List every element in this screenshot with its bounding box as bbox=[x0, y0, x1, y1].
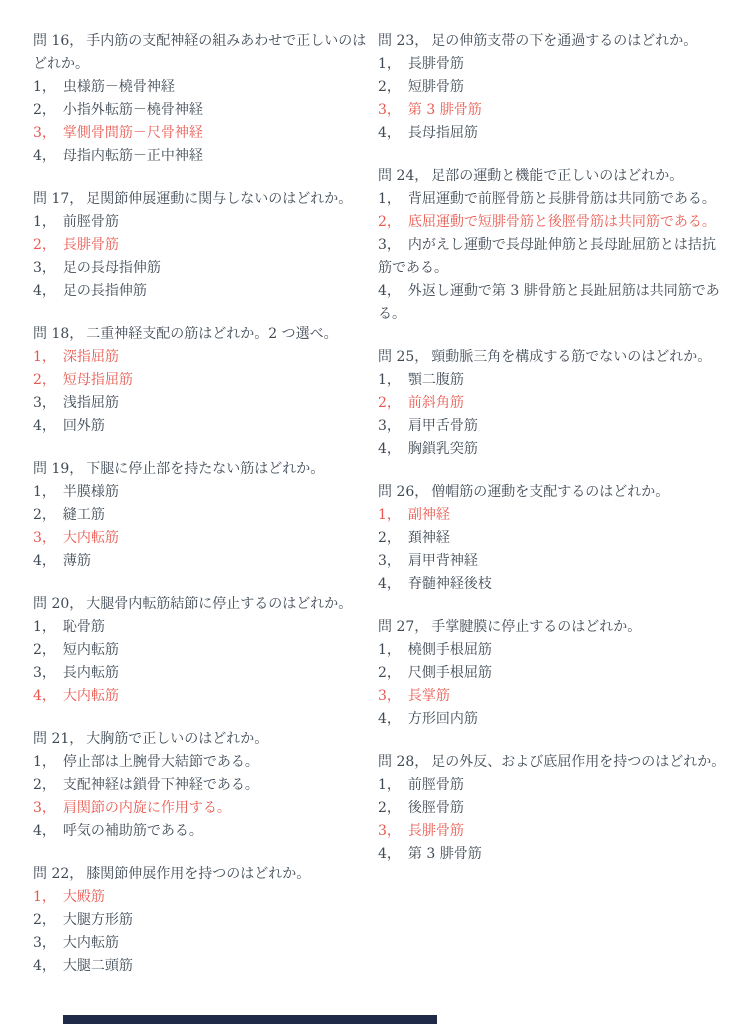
question-block: 問 21，大胸筋で正しいのはどれか。1，停止部は上腕骨大結節である。2，支配神経… bbox=[33, 728, 374, 843]
option-text: 前脛骨筋 bbox=[63, 214, 119, 230]
option-number: 2， bbox=[378, 79, 401, 95]
answer-option: 3，肩甲背神経 bbox=[378, 550, 728, 573]
answer-option: 1，前脛骨筋 bbox=[378, 774, 728, 797]
option-text: 支配神経は鎖骨下神経である。 bbox=[63, 777, 259, 793]
answer-option-correct: 1，深指屈筋 bbox=[33, 346, 374, 369]
question-title: 手掌腱膜に停止するのはどれか。 bbox=[431, 619, 641, 635]
answer-option: 4，胸鎖乳突筋 bbox=[378, 438, 728, 461]
option-number: 1， bbox=[33, 214, 56, 230]
option-text: 長腓骨筋 bbox=[63, 237, 119, 253]
option-number: 3， bbox=[378, 553, 401, 569]
option-number: 4， bbox=[33, 553, 56, 569]
option-number: 2， bbox=[378, 395, 401, 411]
option-text: 外返し運動で第 3 腓骨筋と長趾屈筋は共同筋である。 bbox=[378, 283, 720, 322]
question-number: 問 25， bbox=[378, 349, 428, 365]
answer-option: 3，長内転筋 bbox=[33, 662, 374, 685]
option-text: 大内転筋 bbox=[63, 935, 119, 951]
answer-option: 4，長母指屈筋 bbox=[378, 122, 728, 145]
answer-option: 2，短腓骨筋 bbox=[378, 76, 728, 99]
option-number: 3， bbox=[378, 688, 401, 704]
question-block: 問 25，頸動脈三角を構成する筋でないのはどれか。1，顎二腹筋2，前斜角筋3，肩… bbox=[378, 346, 728, 461]
option-number: 1， bbox=[378, 777, 401, 793]
option-text: 顎二腹筋 bbox=[408, 372, 464, 388]
question-block: 問 19，下腿に停止部を持たない筋はどれか。1，半膜様筋2，縫工筋3，大内転筋4… bbox=[33, 458, 374, 573]
option-number: 4， bbox=[378, 441, 401, 457]
answer-option-correct: 1，大殿筋 bbox=[33, 886, 374, 909]
answer-option: 3，浅指屈筋 bbox=[33, 392, 374, 415]
question-number: 問 17， bbox=[33, 191, 83, 207]
question-text: 問 16，手内筋の支配神経の組みあわせで正しいのはどれか。 bbox=[33, 30, 374, 76]
option-number: 3， bbox=[33, 935, 56, 951]
option-text: 恥骨筋 bbox=[63, 619, 105, 635]
option-number: 3， bbox=[378, 102, 401, 118]
option-number: 3， bbox=[33, 530, 56, 546]
option-number: 1， bbox=[33, 484, 56, 500]
option-number: 1， bbox=[33, 79, 56, 95]
option-text: 副神経 bbox=[408, 507, 450, 523]
answer-option-correct: 3，長掌筋 bbox=[378, 685, 728, 708]
answer-option: 2，尺側手根屈筋 bbox=[378, 662, 728, 685]
option-number: 1， bbox=[33, 619, 56, 635]
option-number: 4， bbox=[33, 823, 56, 839]
question-title: 膝関節伸展作用を持つのはどれか。 bbox=[86, 866, 310, 882]
option-text: 頚神経 bbox=[408, 530, 450, 546]
answer-option: 4，母指内転筋－正中神経 bbox=[33, 145, 374, 168]
option-text: 方形回内筋 bbox=[408, 711, 478, 727]
question-block: 問 17，足関節伸展運動に関与しないのはどれか。1，前脛骨筋2，長腓骨筋3，足の… bbox=[33, 188, 374, 303]
answer-option: 2，後脛骨筋 bbox=[378, 797, 728, 820]
option-number: 3， bbox=[378, 418, 401, 434]
option-number: 2， bbox=[378, 214, 401, 230]
answer-option: 1，半膜様筋 bbox=[33, 481, 374, 504]
question-text: 問 27，手掌腱膜に停止するのはどれか。 bbox=[378, 616, 728, 639]
question-block: 問 28，足の外反、および底屈作用を持つのはどれか。1，前脛骨筋2，後脛骨筋3，… bbox=[378, 751, 728, 866]
question-title: 大腿骨内転筋結節に停止するのはどれか。 bbox=[86, 596, 352, 612]
next-page-top-edge-bar bbox=[63, 1015, 437, 1024]
answer-option: 4，脊髄神経後枝 bbox=[378, 573, 728, 596]
answer-option-correct: 3，第 3 腓骨筋 bbox=[378, 99, 728, 122]
question-title: 足関節伸展運動に関与しないのはどれか。 bbox=[86, 191, 352, 207]
answer-option-correct: 2，前斜角筋 bbox=[378, 392, 728, 415]
option-number: 2， bbox=[378, 530, 401, 546]
answer-option: 3，肩甲舌骨筋 bbox=[378, 415, 728, 438]
question-number: 問 21， bbox=[33, 731, 83, 747]
option-text: 長腓骨筋 bbox=[408, 823, 464, 839]
answer-option-correct: 4，大内転筋 bbox=[33, 685, 374, 708]
question-text: 問 19，下腿に停止部を持たない筋はどれか。 bbox=[33, 458, 374, 481]
answer-option: 4，第 3 腓骨筋 bbox=[378, 843, 728, 866]
option-number: 1， bbox=[378, 372, 401, 388]
option-number: 3， bbox=[33, 800, 56, 816]
answer-option: 1，虫様筋－橈骨神経 bbox=[33, 76, 374, 99]
option-text: 掌側骨間筋－尺骨神経 bbox=[63, 125, 203, 141]
answer-option: 4，大腿二頭筋 bbox=[33, 955, 374, 978]
option-number: 1， bbox=[378, 642, 401, 658]
question-block: 問 26，僧帽筋の運動を支配するのはどれか。1，副神経2，頚神経3，肩甲背神経4… bbox=[378, 481, 728, 596]
option-number: 1， bbox=[378, 191, 401, 207]
option-number: 2， bbox=[378, 665, 401, 681]
answer-option: 4，方形回内筋 bbox=[378, 708, 728, 731]
option-text: 肩甲背神経 bbox=[408, 553, 478, 569]
option-text: 大腿方形筋 bbox=[63, 912, 133, 928]
question-text: 問 17，足関節伸展運動に関与しないのはどれか。 bbox=[33, 188, 374, 211]
answer-option: 2，小指外転筋－橈骨神経 bbox=[33, 99, 374, 122]
answer-option-correct: 1，副神経 bbox=[378, 504, 728, 527]
option-number: 3， bbox=[33, 395, 56, 411]
question-title: 足の外反、および底屈作用を持つのはどれか。 bbox=[431, 754, 725, 770]
option-text: 尺側手根屈筋 bbox=[408, 665, 492, 681]
question-block: 問 20，大腿骨内転筋結節に停止するのはどれか。1，恥骨筋2，短内転筋3，長内転… bbox=[33, 593, 374, 708]
option-text: 呼気の補助筋である。 bbox=[63, 823, 203, 839]
option-text: 背屈運動で前脛骨筋と長腓骨筋は共同筋である。 bbox=[408, 191, 716, 207]
answer-option-correct: 3，掌側骨間筋－尺骨神経 bbox=[33, 122, 374, 145]
answer-option-correct: 3，長腓骨筋 bbox=[378, 820, 728, 843]
option-number: 2， bbox=[33, 912, 56, 928]
option-number: 2， bbox=[33, 102, 56, 118]
question-number: 問 27， bbox=[378, 619, 428, 635]
option-text: 大内転筋 bbox=[63, 688, 119, 704]
option-text: 薄筋 bbox=[63, 553, 91, 569]
option-number: 4， bbox=[378, 846, 401, 862]
answer-option-correct: 2，底屈運動で短腓骨筋と後脛骨筋は共同筋である。 bbox=[378, 211, 728, 234]
answer-option: 1，長腓骨筋 bbox=[378, 53, 728, 76]
question-block: 問 18，二重神経支配の筋はどれか。2 つ選べ。1，深指屈筋2，短母指屈筋3，浅… bbox=[33, 323, 374, 438]
answer-option: 4，回外筋 bbox=[33, 415, 374, 438]
answer-option: 2，短内転筋 bbox=[33, 639, 374, 662]
option-number: 2， bbox=[33, 237, 56, 253]
option-number: 4， bbox=[33, 283, 56, 299]
option-number: 1， bbox=[378, 56, 401, 72]
option-text: 底屈運動で短腓骨筋と後脛骨筋は共同筋である。 bbox=[408, 214, 716, 230]
answer-option-correct: 2，短母指屈筋 bbox=[33, 369, 374, 392]
answer-option: 2，縫工筋 bbox=[33, 504, 374, 527]
option-text: 内がえし運動で長母趾伸筋と長母趾屈筋とは拮抗筋である。 bbox=[378, 237, 716, 276]
question-text: 問 18，二重神経支配の筋はどれか。2 つ選べ。 bbox=[33, 323, 374, 346]
question-number: 問 24， bbox=[378, 168, 428, 184]
option-text: 肩関節の内旋に作用する。 bbox=[63, 800, 231, 816]
answer-option: 2，支配神経は鎖骨下神経である。 bbox=[33, 774, 374, 797]
option-text: 回外筋 bbox=[63, 418, 105, 434]
answer-option-correct: 2，長腓骨筋 bbox=[33, 234, 374, 257]
question-text: 問 22，膝関節伸展作用を持つのはどれか。 bbox=[33, 863, 374, 886]
question-block: 問 16，手内筋の支配神経の組みあわせで正しいのはどれか。1，虫様筋－橈骨神経2… bbox=[33, 30, 374, 168]
option-text: 長母指屈筋 bbox=[408, 125, 478, 141]
question-text: 問 20，大腿骨内転筋結節に停止するのはどれか。 bbox=[33, 593, 374, 616]
option-text: 第 3 腓骨筋 bbox=[408, 846, 482, 862]
question-column-left: 問 16，手内筋の支配神経の組みあわせで正しいのはどれか。1，虫様筋－橈骨神経2… bbox=[33, 30, 374, 998]
option-number: 3， bbox=[378, 237, 401, 253]
option-text: 大内転筋 bbox=[63, 530, 119, 546]
option-number: 1， bbox=[33, 754, 56, 770]
option-text: 縫工筋 bbox=[63, 507, 105, 523]
option-text: 前脛骨筋 bbox=[408, 777, 464, 793]
option-text: 第 3 腓骨筋 bbox=[408, 102, 482, 118]
question-block: 問 23，足の伸筋支帯の下を通過するのはどれか。1，長腓骨筋2，短腓骨筋3，第 … bbox=[378, 30, 728, 145]
answer-option: 4，呼気の補助筋である。 bbox=[33, 820, 374, 843]
option-number: 4， bbox=[33, 958, 56, 974]
option-text: 長内転筋 bbox=[63, 665, 119, 681]
option-text: 浅指屈筋 bbox=[63, 395, 119, 411]
question-number: 問 23， bbox=[378, 33, 428, 49]
answer-option: 1，前脛骨筋 bbox=[33, 211, 374, 234]
answer-option: 1，停止部は上腕骨大結節である。 bbox=[33, 751, 374, 774]
question-block: 問 27，手掌腱膜に停止するのはどれか。1，橈側手根屈筋2，尺側手根屈筋3，長掌… bbox=[378, 616, 728, 731]
answer-option-correct: 3，肩関節の内旋に作用する。 bbox=[33, 797, 374, 820]
option-text: 前斜角筋 bbox=[408, 395, 464, 411]
option-number: 3， bbox=[33, 260, 56, 276]
answer-option: 3，内がえし運動で長母趾伸筋と長母趾屈筋とは拮抗筋である。 bbox=[378, 234, 728, 280]
option-number: 3， bbox=[378, 823, 401, 839]
exam-page: 問 16，手内筋の支配神経の組みあわせで正しいのはどれか。1，虫様筋－橈骨神経2… bbox=[0, 0, 731, 1024]
answer-option: 2，大腿方形筋 bbox=[33, 909, 374, 932]
question-title: 足部の運動と機能で正しいのはどれか。 bbox=[431, 168, 683, 184]
option-number: 4， bbox=[378, 576, 401, 592]
question-number: 問 28， bbox=[378, 754, 428, 770]
option-text: 肩甲舌骨筋 bbox=[408, 418, 478, 434]
option-text: 短内転筋 bbox=[63, 642, 119, 658]
answer-option: 3，足の長母指伸筋 bbox=[33, 257, 374, 280]
option-text: 短腓骨筋 bbox=[408, 79, 464, 95]
option-text: 長腓骨筋 bbox=[408, 56, 464, 72]
question-title: 僧帽筋の運動を支配するのはどれか。 bbox=[431, 484, 669, 500]
option-number: 4， bbox=[33, 418, 56, 434]
question-text: 問 24，足部の運動と機能で正しいのはどれか。 bbox=[378, 165, 728, 188]
question-title: 頸動脈三角を構成する筋でないのはどれか。 bbox=[431, 349, 711, 365]
question-title: 下腿に停止部を持たない筋はどれか。 bbox=[86, 461, 324, 477]
option-number: 4， bbox=[33, 688, 56, 704]
answer-option-correct: 3，大内転筋 bbox=[33, 527, 374, 550]
question-number: 問 16， bbox=[33, 33, 83, 49]
question-title: 大胸筋で正しいのはどれか。 bbox=[86, 731, 268, 747]
question-block: 問 22，膝関節伸展作用を持つのはどれか。1，大殿筋2，大腿方形筋3，大内転筋4… bbox=[33, 863, 374, 978]
option-text: 短母指屈筋 bbox=[63, 372, 133, 388]
question-text: 問 23，足の伸筋支帯の下を通過するのはどれか。 bbox=[378, 30, 728, 53]
option-number: 4， bbox=[378, 125, 401, 141]
option-text: 胸鎖乳突筋 bbox=[408, 441, 478, 457]
option-text: 足の長母指伸筋 bbox=[63, 260, 161, 276]
question-text: 問 25，頸動脈三角を構成する筋でないのはどれか。 bbox=[378, 346, 728, 369]
option-text: 橈側手根屈筋 bbox=[408, 642, 492, 658]
question-title: 二重神経支配の筋はどれか。2 つ選べ。 bbox=[86, 326, 337, 342]
option-number: 2， bbox=[33, 372, 56, 388]
option-text: 小指外転筋－橈骨神経 bbox=[63, 102, 203, 118]
option-text: 虫様筋－橈骨神経 bbox=[63, 79, 175, 95]
option-number: 2， bbox=[33, 507, 56, 523]
question-number: 問 19， bbox=[33, 461, 83, 477]
question-number: 問 20， bbox=[33, 596, 83, 612]
option-number: 4， bbox=[378, 711, 401, 727]
question-block: 問 24，足部の運動と機能で正しいのはどれか。1，背屈運動で前脛骨筋と長腓骨筋は… bbox=[378, 165, 728, 326]
option-text: 長掌筋 bbox=[408, 688, 450, 704]
option-text: 後脛骨筋 bbox=[408, 800, 464, 816]
option-number: 2， bbox=[378, 800, 401, 816]
option-text: 母指内転筋－正中神経 bbox=[63, 148, 203, 164]
question-text: 問 28，足の外反、および底屈作用を持つのはどれか。 bbox=[378, 751, 728, 774]
option-number: 3， bbox=[33, 125, 56, 141]
option-number: 4， bbox=[33, 148, 56, 164]
question-number: 問 26， bbox=[378, 484, 428, 500]
option-number: 1， bbox=[33, 349, 56, 365]
answer-option: 4，外返し運動で第 3 腓骨筋と長趾屈筋は共同筋である。 bbox=[378, 280, 728, 326]
option-number: 1， bbox=[378, 507, 401, 523]
option-text: 深指屈筋 bbox=[63, 349, 119, 365]
option-number: 2， bbox=[33, 777, 56, 793]
option-text: 停止部は上腕骨大結節である。 bbox=[63, 754, 259, 770]
option-text: 大殿筋 bbox=[63, 889, 105, 905]
answer-option: 1，顎二腹筋 bbox=[378, 369, 728, 392]
option-number: 3， bbox=[33, 665, 56, 681]
answer-option: 1，橈側手根屈筋 bbox=[378, 639, 728, 662]
option-text: 足の長指伸筋 bbox=[63, 283, 147, 299]
answer-option: 3，大内転筋 bbox=[33, 932, 374, 955]
option-text: 脊髄神経後枝 bbox=[408, 576, 492, 592]
option-number: 2， bbox=[33, 642, 56, 658]
question-text: 問 26，僧帽筋の運動を支配するのはどれか。 bbox=[378, 481, 728, 504]
option-text: 大腿二頭筋 bbox=[63, 958, 133, 974]
question-title: 足の伸筋支帯の下を通過するのはどれか。 bbox=[431, 33, 697, 49]
option-number: 1， bbox=[33, 889, 56, 905]
question-text: 問 21，大胸筋で正しいのはどれか。 bbox=[33, 728, 374, 751]
answer-option: 4，薄筋 bbox=[33, 550, 374, 573]
option-number: 4， bbox=[378, 283, 401, 299]
answer-option: 4，足の長指伸筋 bbox=[33, 280, 374, 303]
question-number: 問 18， bbox=[33, 326, 83, 342]
option-text: 半膜様筋 bbox=[63, 484, 119, 500]
answer-option: 2，頚神経 bbox=[378, 527, 728, 550]
answer-option: 1，恥骨筋 bbox=[33, 616, 374, 639]
question-number: 問 22， bbox=[33, 866, 83, 882]
answer-option: 1，背屈運動で前脛骨筋と長腓骨筋は共同筋である。 bbox=[378, 188, 728, 211]
question-column-right: 問 23，足の伸筋支帯の下を通過するのはどれか。1，長腓骨筋2，短腓骨筋3，第 … bbox=[378, 30, 728, 886]
